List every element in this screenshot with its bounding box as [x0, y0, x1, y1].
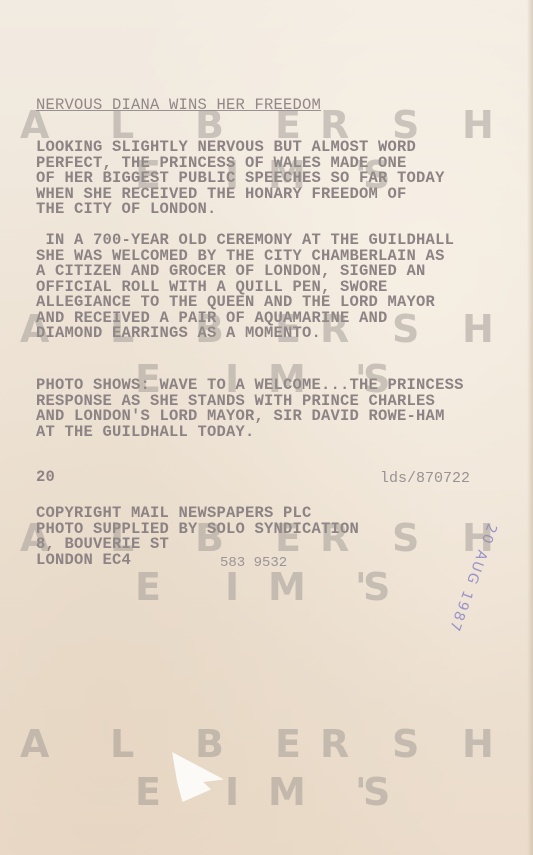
paper-edge	[527, 0, 533, 855]
reference-code: lds/870722	[380, 470, 470, 487]
caption-paragraph-1: LOOKING SLIGHTLY NERVOUS BUT ALMOST WORD…	[36, 140, 445, 218]
page-number: 20	[36, 470, 55, 486]
headline: NERVOUS DIANA WINS HER FREEDOM	[36, 98, 321, 114]
copyright-credit: COPYRIGHT MAIL NEWSPAPERS PLC PHOTO SUPP…	[36, 506, 359, 568]
photo-shows-caption: PHOTO SHOWS: WAVE TO A WELCOME...THE PRI…	[36, 378, 464, 440]
caption-paragraph-2: IN A 700-YEAR OLD CEREMONY AT THE GUILDH…	[36, 233, 454, 342]
phone-number: 583 9532	[220, 555, 287, 571]
